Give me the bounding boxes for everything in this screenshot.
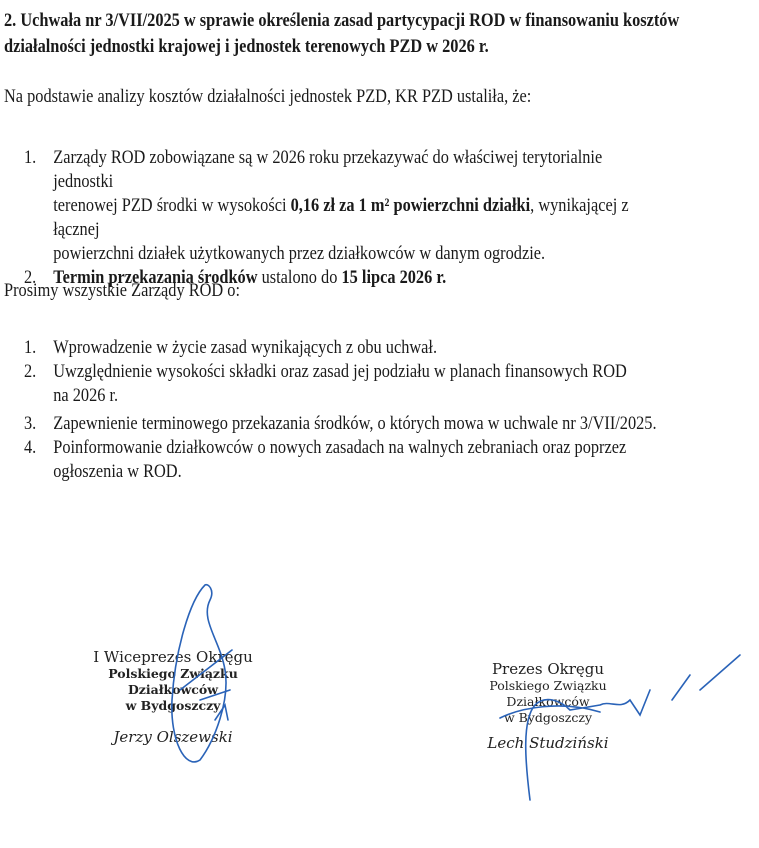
document-page: 2. Uchwała nr 3/VII/2025 w sprawie okreś… <box>0 0 759 848</box>
heading-line-1: 2. Uchwała nr 3/VII/2025 w sprawie okreś… <box>4 8 640 34</box>
resolution-list: 1. Zarządy ROD zobowiązane są w 2026 rok… <box>24 146 660 290</box>
resolution-item: 1. Zarządy ROD zobowiązane są w 2026 rok… <box>24 146 660 266</box>
request-item: 3. Zapewnienie terminowego przekazania ś… <box>24 412 660 436</box>
rate-amount: 0,16 zł za 1 m² powierzchni działki <box>291 195 531 216</box>
request-item: 4. Poinformowanie działkowców o nowych z… <box>24 436 660 484</box>
heading-line-2: działalności jednostki krajowej i jednos… <box>4 34 640 60</box>
intro-paragraph: Na podstawie analizy kosztów działalnośc… <box>4 84 531 109</box>
request-item: 1. Wprowadzenie w życie zasad wynikający… <box>24 336 660 360</box>
signature-block-vice-president: I Wiceprezes Okręgu Polskiego Związku Dz… <box>78 648 268 746</box>
deadline-date: 15 lipca 2026 r. <box>341 267 446 288</box>
request-intro: Prosimy wszystkie Zarządy ROD o: <box>4 278 240 303</box>
request-list: 1. Wprowadzenie w życie zasad wynikający… <box>24 336 660 484</box>
resolution-heading: 2. Uchwała nr 3/VII/2025 w sprawie okreś… <box>4 8 640 60</box>
signature-block-president: Prezes Okręgu Polskiego Związku Działkow… <box>448 660 648 752</box>
request-item: 2. Uwzględnienie wysokości składki oraz … <box>24 360 660 408</box>
